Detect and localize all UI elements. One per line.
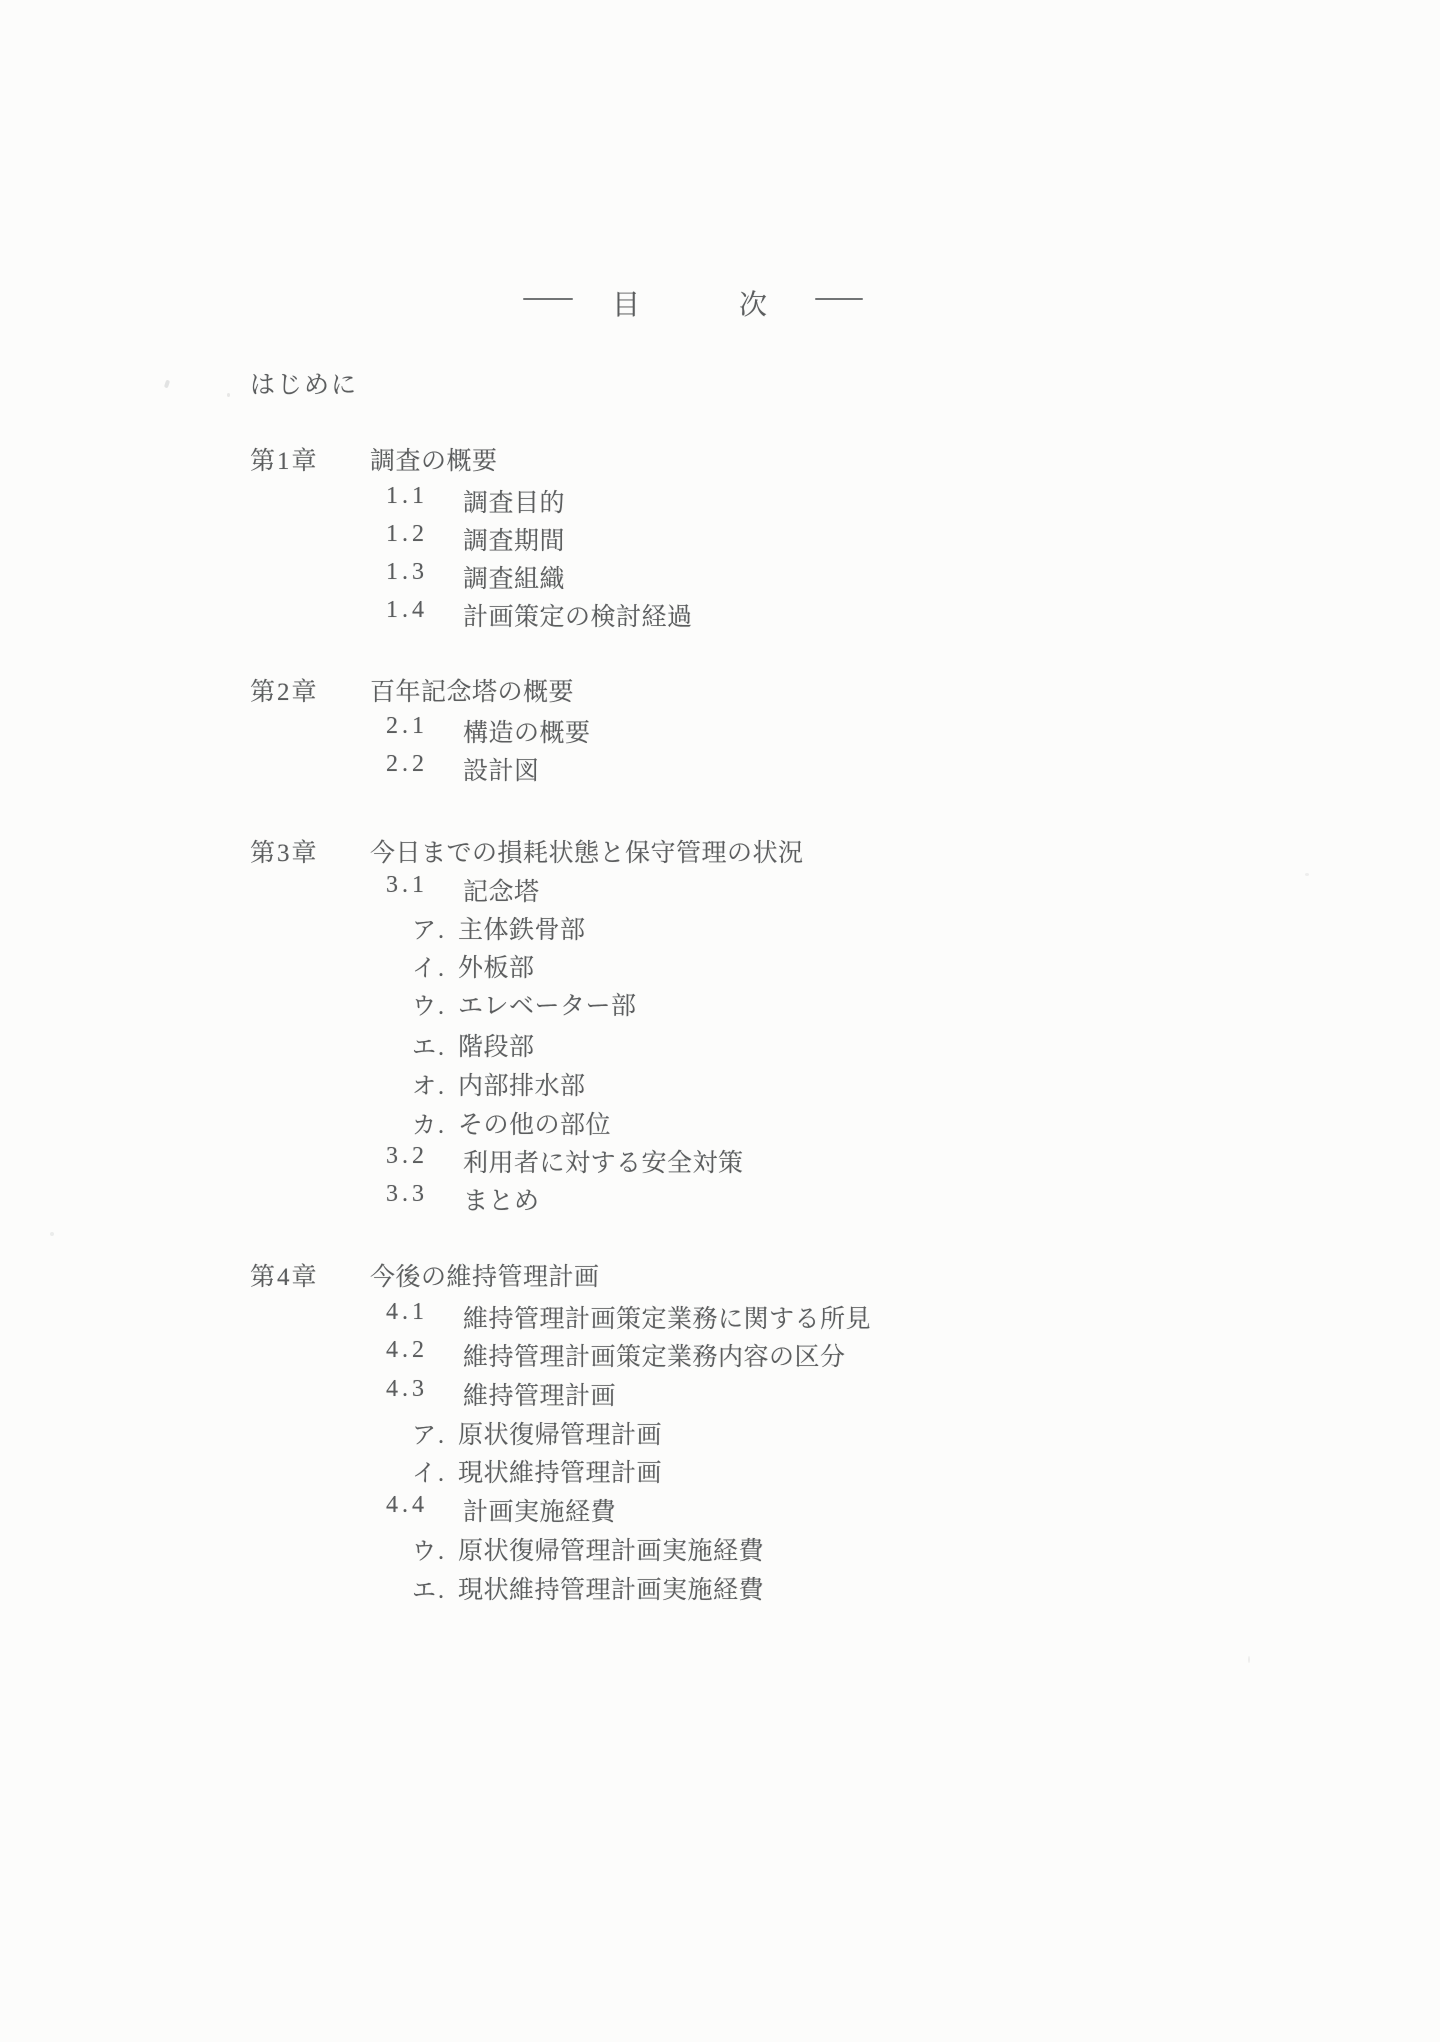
item-label: ア. — [412, 910, 446, 945]
item-title: 現状維持管理計画 — [458, 1453, 662, 1489]
section-title: 利用者に対する安全対策 — [463, 1143, 744, 1179]
toc-section-4-1: 4.1 維持管理計画策定業務に関する所見 — [0, 1299, 1440, 1333]
page-title-char-2: 次 — [739, 283, 767, 323]
item-title: エレベーター部 — [458, 986, 637, 1022]
item-title: 階段部 — [458, 1027, 535, 1063]
toc-item-4-e: エ. 現状維持管理計画実施経費 — [0, 1570, 1440, 1604]
chapter-title: 調査の概要 — [370, 441, 498, 477]
page-title-char-1: 目 — [612, 283, 640, 323]
toc-item-3-a: ア. 主体鉄骨部 — [0, 910, 1440, 944]
toc-section-3-3: 3.3 まとめ — [0, 1181, 1440, 1215]
toc-section-1-2: 1.2 調査期間 — [0, 521, 1440, 555]
item-title: 内部排水部 — [458, 1066, 586, 1102]
section-number: 1.1 — [386, 483, 428, 510]
scan-speck — [227, 393, 230, 397]
section-number: 4.3 — [386, 1376, 428, 1403]
section-title: 調査目的 — [463, 483, 565, 519]
toc-section-2-1: 2.1 構造の概要 — [0, 713, 1440, 747]
section-title: 維持管理計画策定業務に関する所見 — [463, 1299, 871, 1335]
item-label: ウ. — [412, 986, 446, 1021]
toc-section-3-2: 3.2 利用者に対する安全対策 — [0, 1143, 1440, 1177]
toc-section-4-2: 4.2 維持管理計画策定業務内容の区分 — [0, 1337, 1440, 1371]
toc-item-3-i: イ. 外板部 — [0, 948, 1440, 982]
section-number: 1.2 — [386, 521, 428, 548]
section-title: 計画実施経費 — [463, 1492, 616, 1528]
section-title: 構造の概要 — [463, 713, 591, 749]
chapter-title: 今後の維持管理計画 — [370, 1257, 600, 1293]
chapter-label: 第3章 — [250, 833, 319, 869]
toc-section-4-4: 4.4 計画実施経費 — [0, 1492, 1440, 1526]
item-label: ウ. — [412, 1531, 446, 1566]
toc-chapter-2: 第2章 百年記念塔の概要 — [0, 672, 1440, 706]
item-label: ア. — [412, 1415, 446, 1450]
toc-section-1-3: 1.3 調査組織 — [0, 559, 1440, 593]
chapter-label: 第4章 — [250, 1257, 319, 1293]
scan-speck — [50, 1232, 54, 1236]
toc-item-3-u: ウ. エレベーター部 — [0, 986, 1440, 1020]
section-number: 1.4 — [386, 597, 428, 624]
section-number: 3.2 — [386, 1143, 428, 1170]
section-title: 維持管理計画 — [463, 1376, 616, 1412]
item-label: イ. — [412, 1453, 446, 1488]
toc-section-2-2: 2.2 設計図 — [0, 751, 1440, 785]
toc-section-1-4: 1.4 計画策定の検討経過 — [0, 597, 1440, 631]
toc-section-3-1: 3.1 記念塔 — [0, 872, 1440, 906]
chapter-title: 百年記念塔の概要 — [370, 672, 574, 708]
section-number: 1.3 — [386, 559, 428, 586]
item-label: カ. — [412, 1105, 446, 1140]
toc-intro: はじめに — [0, 365, 1440, 399]
item-label: エ. — [412, 1027, 446, 1062]
section-title: 設計図 — [463, 751, 540, 787]
section-title: 記念塔 — [463, 872, 540, 908]
chapter-label: 第1章 — [250, 441, 319, 477]
scanned-document-page: 目 次 はじめに 第1章 調査の概要 1.1 調査目的 1.2 調査期間 1.3… — [0, 0, 1440, 2042]
item-title: その他の部位 — [458, 1105, 611, 1141]
item-title: 外板部 — [458, 948, 535, 984]
toc-item-3-ka: カ. その他の部位 — [0, 1105, 1440, 1139]
section-number: 4.2 — [386, 1337, 428, 1364]
toc-chapter-3: 第3章 今日までの損耗状態と保守管理の状況 — [0, 833, 1440, 867]
toc-item-4-u: ウ. 原状復帰管理計画実施経費 — [0, 1531, 1440, 1565]
chapter-label: 第2章 — [250, 672, 319, 708]
section-title: 調査期間 — [463, 521, 565, 557]
section-number: 2.2 — [386, 751, 428, 778]
toc-chapter-4: 第4章 今後の維持管理計画 — [0, 1257, 1440, 1291]
page-title: 目 次 — [0, 283, 1440, 317]
item-title: 原状復帰管理計画 — [458, 1415, 662, 1451]
toc-section-4-3: 4.3 維持管理計画 — [0, 1376, 1440, 1410]
toc-item-3-o: オ. 内部排水部 — [0, 1066, 1440, 1100]
toc-item-3-e: エ. 階段部 — [0, 1027, 1440, 1061]
section-number: 3.1 — [386, 872, 428, 899]
section-number: 4.4 — [386, 1492, 428, 1519]
toc-item-4-a: ア. 原状復帰管理計画 — [0, 1415, 1440, 1449]
toc-item-4-i: イ. 現状維持管理計画 — [0, 1453, 1440, 1487]
title-dash-left — [523, 298, 573, 300]
item-title: 原状復帰管理計画実施経費 — [458, 1531, 764, 1567]
item-title: 現状維持管理計画実施経費 — [458, 1570, 764, 1606]
section-number: 4.1 — [386, 1299, 428, 1326]
item-label: エ. — [412, 1570, 446, 1605]
section-number: 2.1 — [386, 713, 428, 740]
section-title: 維持管理計画策定業務内容の区分 — [463, 1337, 846, 1373]
item-title: 主体鉄骨部 — [458, 910, 586, 946]
item-label: オ. — [412, 1066, 446, 1101]
scan-speck — [1248, 1656, 1250, 1663]
title-dash-right — [815, 298, 863, 300]
intro-label: はじめに — [250, 365, 358, 401]
toc-chapter-1: 第1章 調査の概要 — [0, 441, 1440, 475]
scan-speck — [1305, 873, 1309, 876]
section-number: 3.3 — [386, 1181, 428, 1208]
chapter-title: 今日までの損耗状態と保守管理の状況 — [370, 833, 804, 869]
toc-section-1-1: 1.1 調査目的 — [0, 483, 1440, 517]
item-label: イ. — [412, 948, 446, 983]
section-title: まとめ — [463, 1181, 540, 1217]
section-title: 計画策定の検討経過 — [463, 597, 693, 633]
section-title: 調査組織 — [463, 559, 565, 595]
